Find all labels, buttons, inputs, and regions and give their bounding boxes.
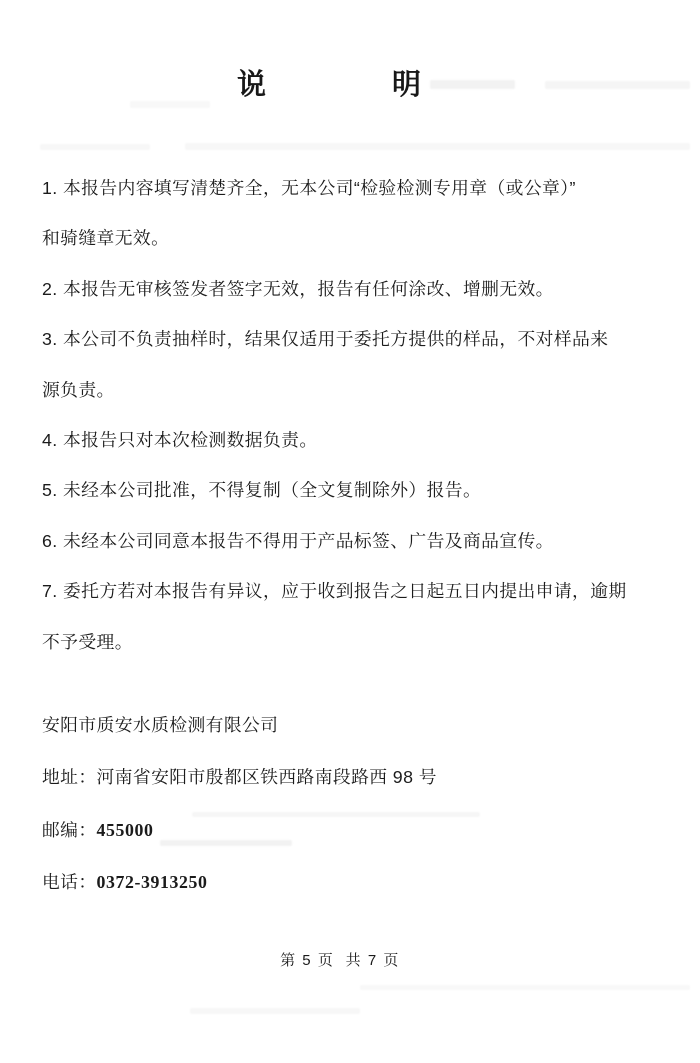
note-line-6: 6. 未经本公司同意本报告不得用于产品标签、广告及商品宣传。 bbox=[42, 530, 682, 580]
note-line-1a: 1. 本报告内容填写清楚齐全，无本公司“检验检测专用章（或公章）” bbox=[42, 177, 682, 227]
scan-artifact bbox=[185, 143, 690, 150]
note-line-7b: 不予受理。 bbox=[42, 631, 682, 681]
scan-artifact bbox=[545, 81, 690, 89]
note-line-3a: 3. 本公司不负责抽样时，结果仅适用于委托方提供的样品，不对样品来 bbox=[42, 328, 682, 378]
note-line-5: 5. 未经本公司批准，不得复制（全文复制除外）报告。 bbox=[42, 479, 682, 529]
phone-label: 电话： bbox=[42, 872, 97, 892]
note-line-1b: 和骑缝章无效。 bbox=[42, 227, 682, 277]
note-line-7a: 7. 委托方若对本报告有异议，应于收到报告之日起五日内提出申请，逾期 bbox=[42, 580, 682, 630]
note-line-4: 4. 本报告只对本次检测数据负责。 bbox=[42, 429, 682, 479]
company-address-row: 地址：河南省安阳市殷都区铁西路南段路西 98 号 bbox=[42, 766, 682, 818]
company-postal-row: 邮编：455000 bbox=[42, 819, 682, 871]
notes-section: 1. 本报告内容填写清楚齐全，无本公司“检验检测专用章（或公章）” 和骑缝章无效… bbox=[42, 177, 682, 681]
page-number-footer: 第 5 页 共 7 页 bbox=[0, 949, 690, 970]
postal-value: 455000 bbox=[97, 820, 154, 840]
scan-artifact bbox=[40, 144, 150, 150]
postal-label: 邮编： bbox=[42, 820, 97, 840]
scanned-document-page: 说明 1. 本报告内容填写清楚齐全，无本公司“检验检测专用章（或公章）” 和骑缝… bbox=[0, 0, 700, 1063]
note-line-2: 2. 本报告无审核签发者签字无效，报告有任何涂改、增删无效。 bbox=[42, 278, 682, 328]
scan-artifact bbox=[360, 985, 690, 990]
document-title: 说明 bbox=[237, 62, 547, 103]
address-value: 河南省安阳市殷都区铁西路南段路西 98 号 bbox=[97, 767, 437, 787]
company-info-section: 安阳市质安水质检测有限公司 地址：河南省安阳市殷都区铁西路南段路西 98 号 邮… bbox=[42, 714, 682, 923]
note-line-3b: 源负责。 bbox=[42, 379, 682, 429]
company-name: 安阳市质安水质检测有限公司 bbox=[42, 714, 682, 766]
scan-artifact bbox=[190, 1008, 360, 1014]
company-phone-row: 电话：0372-3913250 bbox=[42, 871, 682, 923]
phone-value: 0372-3913250 bbox=[97, 872, 208, 892]
scan-artifact bbox=[130, 101, 210, 108]
address-label: 地址： bbox=[42, 767, 97, 787]
